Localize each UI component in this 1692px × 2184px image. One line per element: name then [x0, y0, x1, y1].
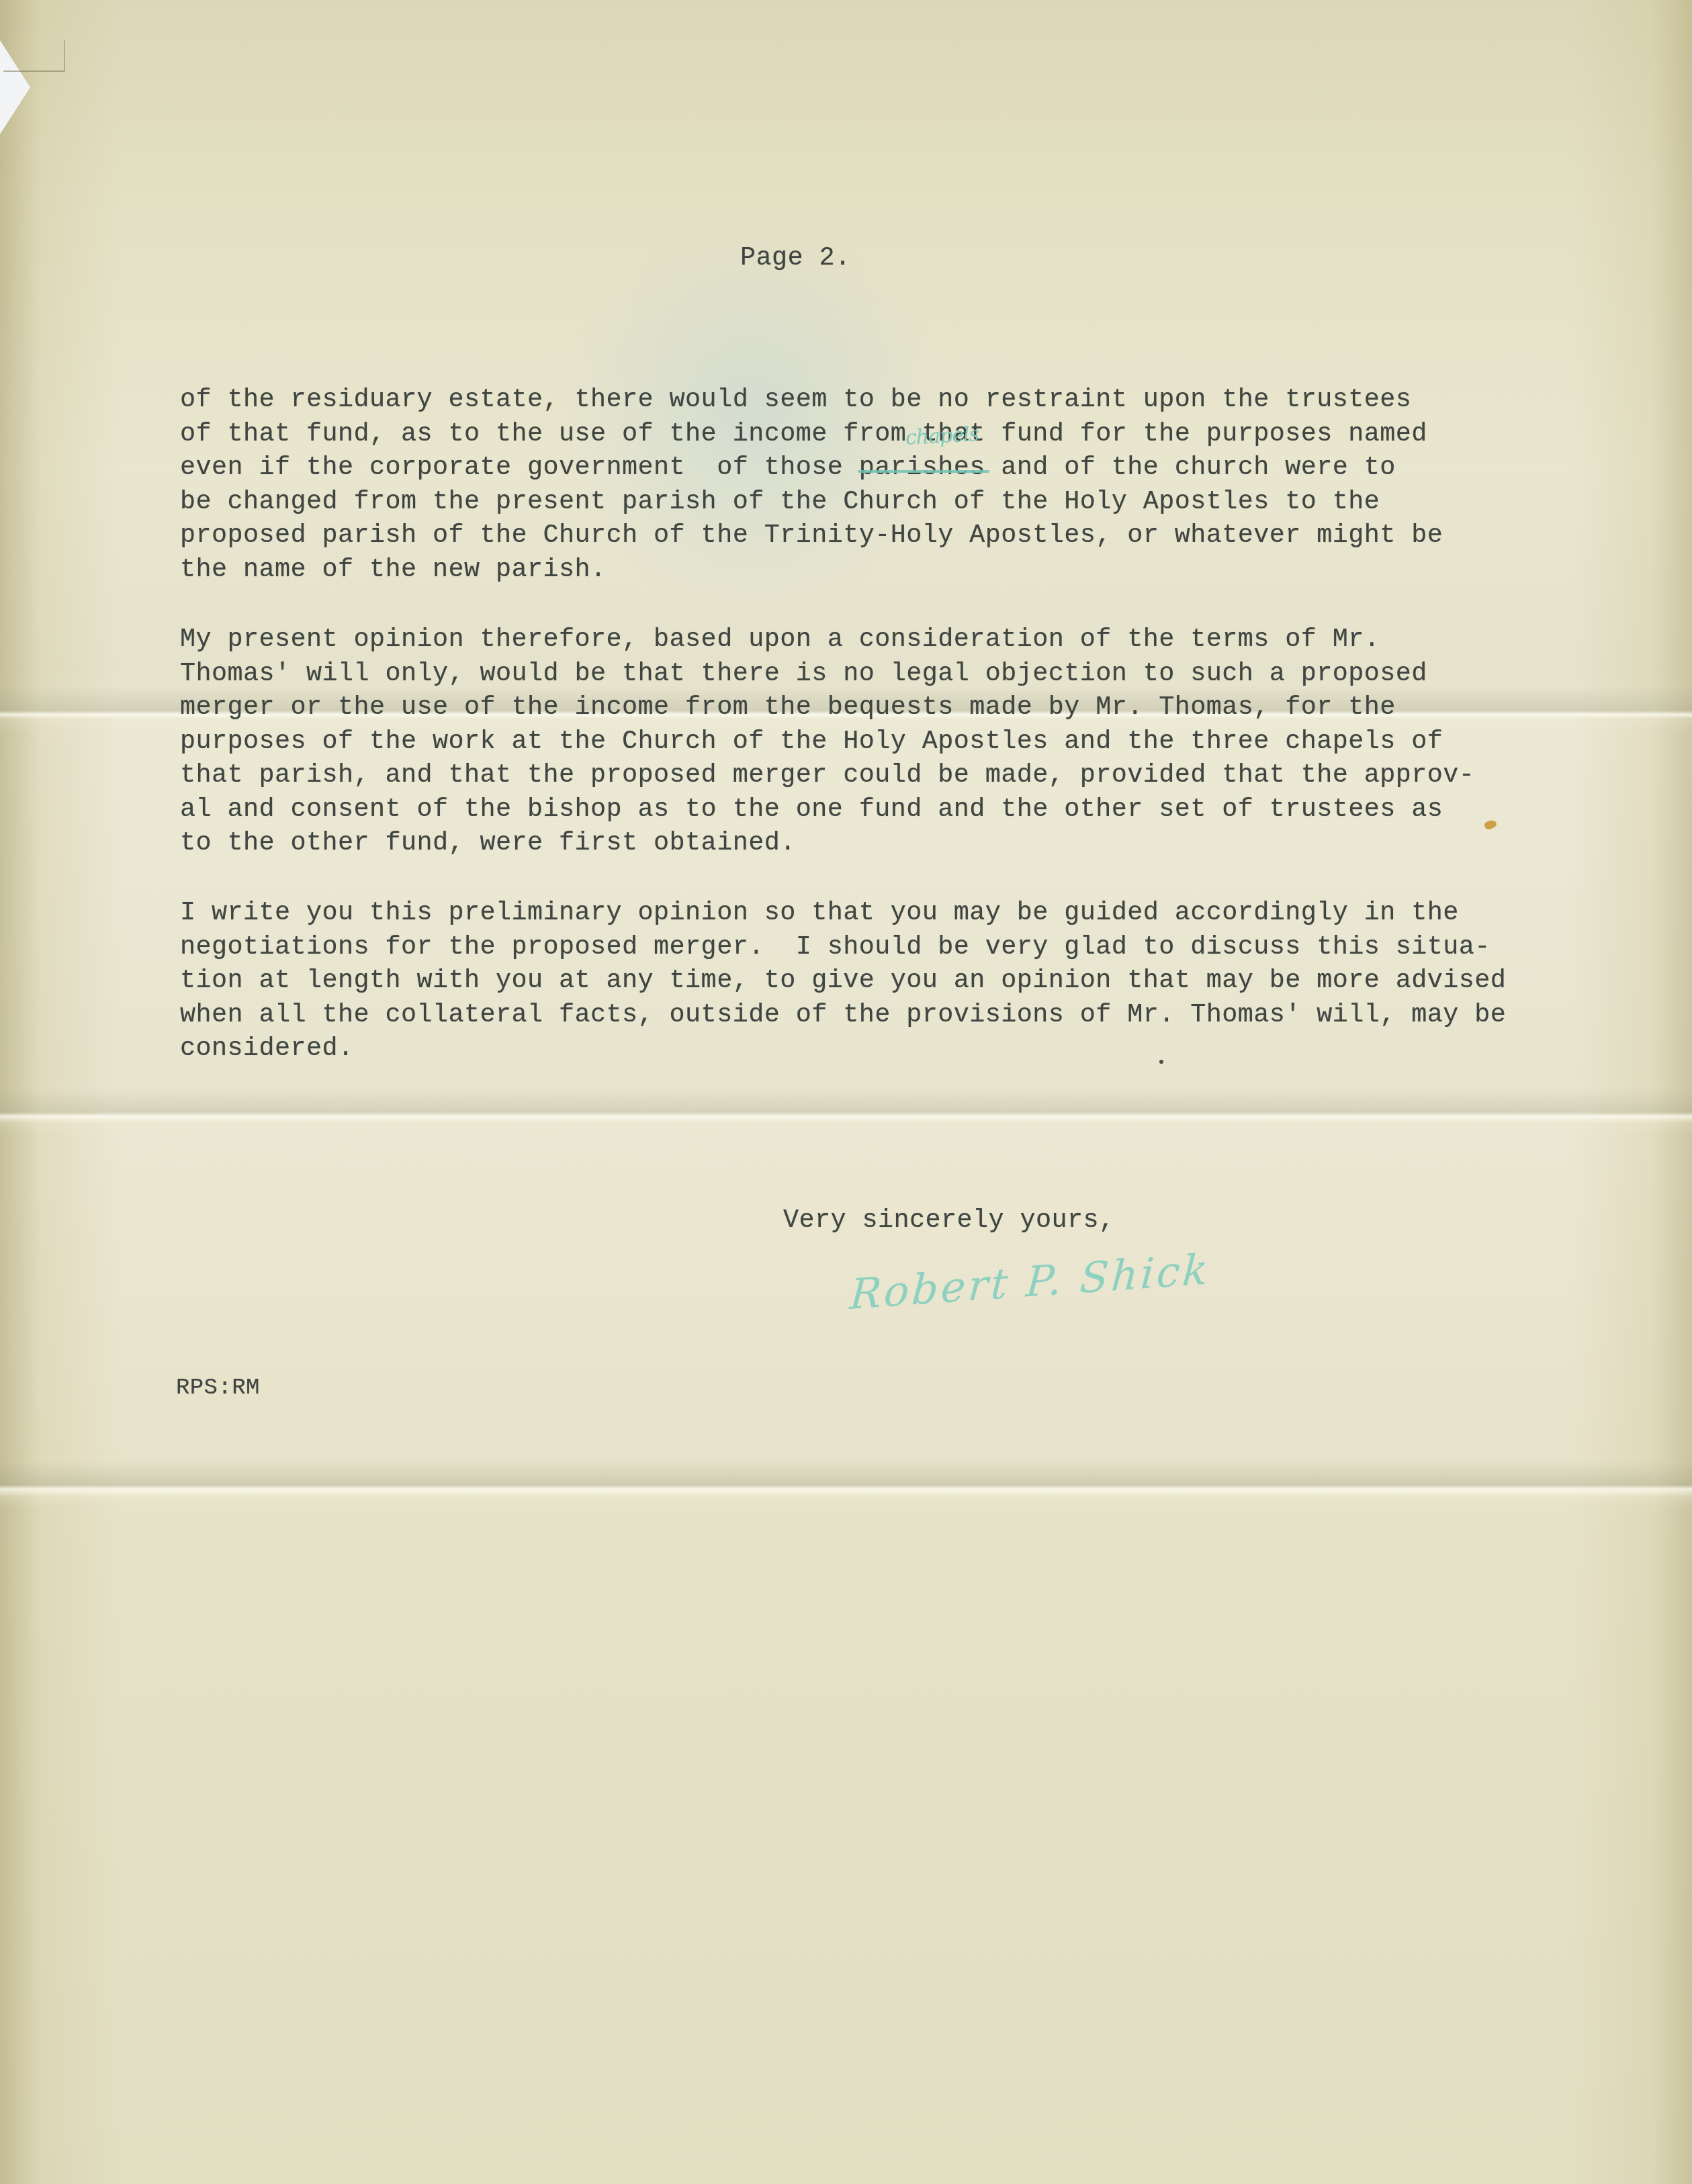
text-line: tion at length with you at any time, to … — [180, 964, 1506, 998]
text-line: the name of the new parish. — [180, 553, 1443, 587]
text-line: to the other fund, were first obtained. — [180, 826, 1474, 860]
text-line: purposes of the work at the Church of th… — [180, 725, 1474, 759]
text-line: al and consent of the bishop as to the o… — [180, 792, 1474, 827]
text-line: My present opinion therefore, based upon… — [180, 623, 1474, 657]
text-line: that parish, and that the proposed merge… — [180, 758, 1474, 792]
text-line: negotiations for the proposed merger. I … — [180, 930, 1506, 964]
ink-speck — [1159, 1060, 1163, 1064]
handwritten-correction: chapels — [905, 422, 979, 450]
paragraph-3: I write you this preliminary opinion so … — [180, 896, 1506, 1066]
fold-crease — [0, 1461, 1692, 1508]
text-line: proposed parish of the Church of the Tri… — [180, 518, 1443, 553]
text-line: be changed from the present parish of th… — [180, 485, 1443, 519]
fold-crease — [0, 1088, 1692, 1135]
closing-salutation: Very sincerely yours, — [783, 1205, 1115, 1235]
text-segment: and of the church were to — [985, 453, 1396, 482]
struck-through-word: parishes — [859, 451, 985, 485]
text-line: considered. — [180, 1032, 1506, 1066]
text-line: merger or the use of the income from the… — [180, 690, 1474, 725]
text-line: I write you this preliminary opinion so … — [180, 896, 1506, 930]
text-line: when all the collateral facts, outside o… — [180, 998, 1506, 1032]
paragraph-1: of the residuary estate, there would see… — [180, 383, 1443, 586]
reference-initials: RPS:RM — [176, 1375, 260, 1401]
text-line: of the residuary estate, there would see… — [180, 383, 1443, 417]
text-line: Thomas' will only, would be that there i… — [180, 657, 1474, 691]
text-line: of that fund, as to the use of the incom… — [180, 417, 1443, 451]
corner-flap-crease — [3, 40, 65, 72]
paragraph-2: My present opinion therefore, based upon… — [180, 623, 1474, 860]
page-number-header: Page 2. — [740, 243, 851, 273]
text-line-with-correction: even if the corporate government of thos… — [180, 451, 1443, 485]
text-segment: even if the corporate government of thos… — [180, 453, 859, 482]
